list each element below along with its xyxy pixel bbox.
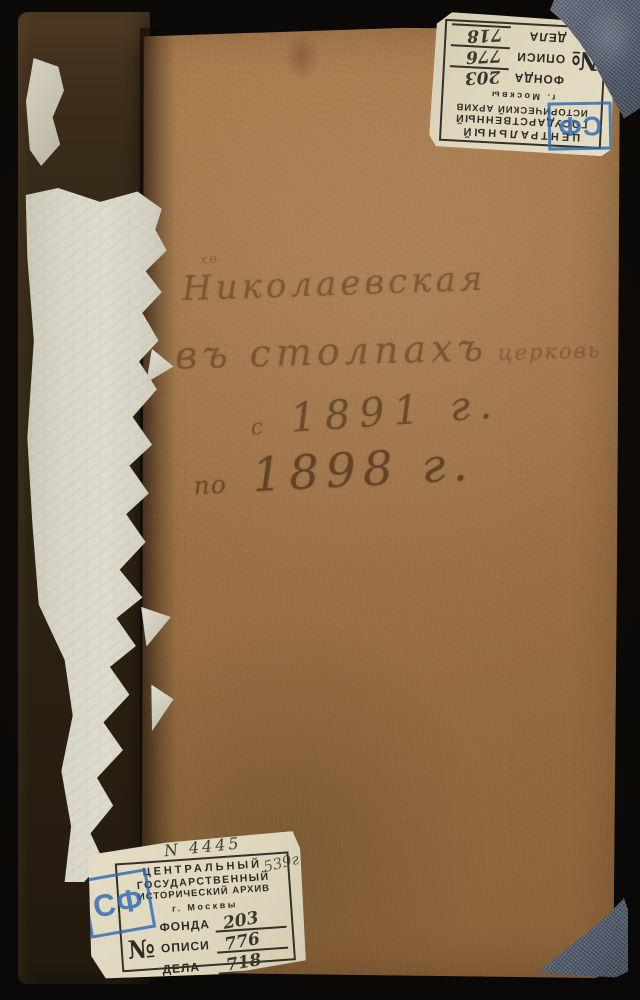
handwriting-line3-prefix: с — [250, 415, 264, 441]
handwriting-line4-year: 1898 г. — [251, 437, 476, 504]
handwriting-line2-tail: церковь — [498, 338, 602, 365]
handwriting-start-year: с1891 г. — [249, 381, 502, 444]
field-value-handwritten: 776 — [465, 47, 501, 64]
field-label: ОПИСИ — [509, 47, 566, 66]
handwriting-church-location: въ столпахъцерковь — [174, 322, 601, 377]
book-cover: хв Николаевская въ столпахъцерковь с1891… — [138, 26, 620, 978]
field-label: ДЕЛА — [162, 959, 219, 979]
handwriting-church-name: Николаевская — [181, 259, 486, 310]
field-row-opis: ОПИСИ 776 — [450, 44, 566, 69]
handwriting-annotation: хв — [199, 251, 219, 268]
cover-handwriting: хв Николаевская въ столпахъцерковь с1891… — [138, 26, 620, 978]
field-row-delo: ДЕЛА 718 — [451, 23, 567, 48]
handwriting-line3-year: 1891 г. — [289, 381, 502, 442]
handwriting-line2-main: въ столпахъ — [174, 325, 488, 377]
field-label: ФОНДА — [159, 917, 216, 937]
field-row-fond: ФОНДА 203 — [449, 65, 565, 90]
handwriting-line4-prefix: по — [193, 470, 228, 501]
blue-ink-stamp: СФ — [547, 101, 612, 150]
archive-field-rows: ФОНДА 203 ОПИСИ 776 ДЕЛА 718 — [449, 21, 567, 90]
field-underline: 203 — [449, 65, 509, 87]
spine-cover-seam-shadow — [140, 28, 176, 972]
field-value-handwritten: 718 — [466, 26, 502, 43]
field-label: ФОНДА — [508, 68, 565, 87]
blue-ink-stamp: СФ — [81, 868, 156, 939]
field-label: ДЕЛА — [510, 26, 567, 45]
photo-scene: хв Николаевская въ столпахъцерковь с1891… — [0, 0, 640, 1000]
field-label: ОПИСИ — [161, 938, 218, 958]
numero-sign: № — [127, 934, 156, 965]
handwriting-end-year: по1898 г. — [192, 437, 476, 507]
field-value-handwritten: 203 — [464, 68, 500, 85]
field-underline: 776 — [450, 44, 510, 66]
archive-label-bottom: N 4445 539г ЦЕНТРАЛЬНЫЙ ГОСУДАРСТВЕННЫЙ … — [83, 831, 308, 984]
field-underline: 718 — [451, 23, 511, 45]
